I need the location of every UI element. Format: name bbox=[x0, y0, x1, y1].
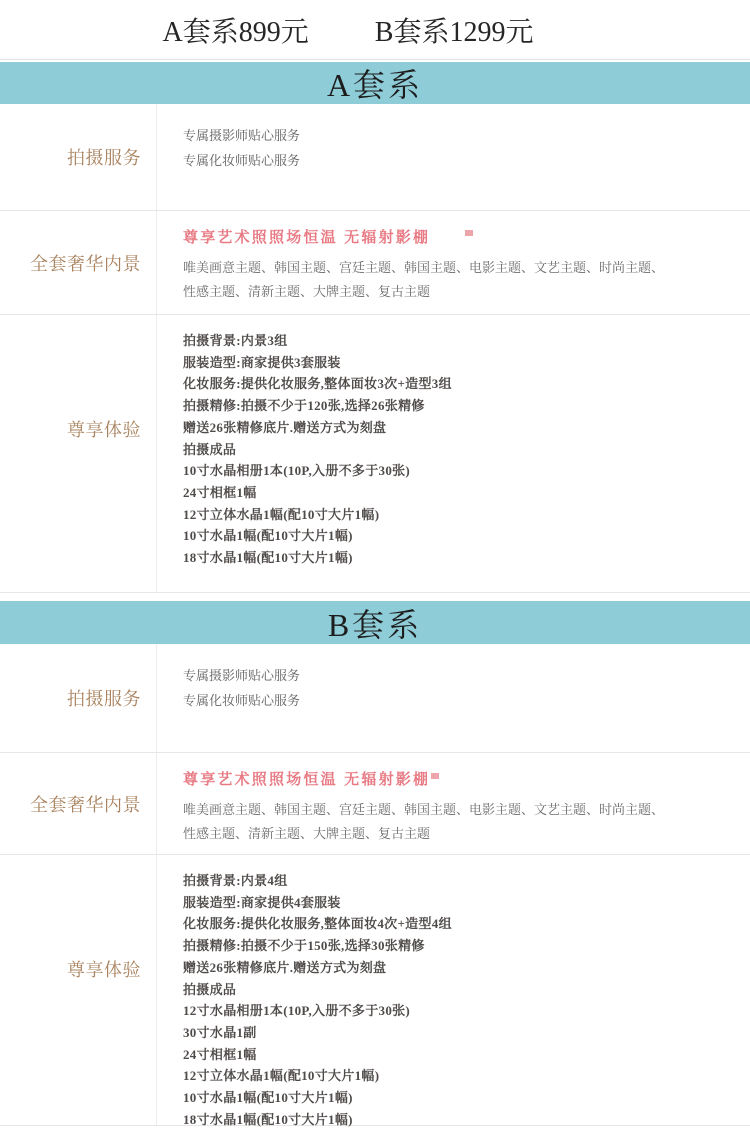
row-label-cell: 拍摄服务 bbox=[0, 104, 157, 210]
table-row-scenes: 全套奢华内景 尊享艺术照照场恒温 无辐射影棚 唯美画意主题、韩国主题、宫廷主题、… bbox=[0, 752, 750, 854]
detail-line: 拍摄精修:拍摄不少于150张,选择30张精修 bbox=[183, 935, 750, 957]
detail-line: 赠送26张精修底片.赠送方式为刻盘 bbox=[183, 957, 750, 979]
table-row-experience: 尊享体验 拍摄背景:内景4组 服装造型:商家提供4套服装 化妆服务:提供化妆服务… bbox=[0, 854, 750, 1125]
watermark-fragment bbox=[431, 773, 439, 779]
package-b-table: 拍摄服务 专属摄影师贴心服务 专属化妆师贴心服务 全套奢华内景 尊享艺术照照场恒… bbox=[0, 644, 750, 1126]
detail-line: 专属摄影师贴心服务 bbox=[183, 663, 750, 688]
detail-line: 12寸水晶相册1本(10P,入册不多于30张) bbox=[183, 1000, 750, 1022]
detail-line: 24寸相框1幅 bbox=[183, 1044, 750, 1066]
row-label-cell: 拍摄服务 bbox=[0, 644, 157, 752]
detail-line: 拍摄背景:内景4组 bbox=[183, 870, 750, 892]
row-label-cell: 尊享体验 bbox=[0, 315, 157, 592]
detail-line: 性感主题、清新主题、大牌主题、复古主题 bbox=[183, 280, 750, 304]
row-label: 尊享体验 bbox=[67, 956, 141, 982]
row-content: 尊享艺术照照场恒温 无辐射影棚 唯美画意主题、韩国主题、宫廷主题、韩国主题、电影… bbox=[157, 753, 750, 854]
row-label: 尊享体验 bbox=[67, 416, 141, 442]
detail-line: 化妆服务:提供化妆服务,整体面妆3次+造型3组 bbox=[183, 373, 750, 395]
detail-line: 赠送26张精修底片.赠送方式为刻盘 bbox=[183, 417, 750, 439]
watermark-fragment bbox=[465, 230, 473, 236]
detail-line: 24寸相框1幅 bbox=[183, 482, 750, 504]
row-content: 专属摄影师贴心服务 专属化妆师贴心服务 bbox=[157, 644, 750, 752]
row-label-cell: 全套奢华内景 bbox=[0, 211, 157, 314]
row-label-cell: 全套奢华内景 bbox=[0, 753, 157, 854]
detail-line: 12寸立体水晶1幅(配10寸大片1幅) bbox=[183, 504, 750, 526]
detail-line: 拍摄成品 bbox=[183, 979, 750, 1001]
detail-line: 专属摄影师贴心服务 bbox=[183, 123, 750, 148]
package-a-banner: A套系 bbox=[0, 62, 750, 104]
row-content: 拍摄背景:内景3组 服装造型:商家提供3套服装 化妆服务:提供化妆服务,整体面妆… bbox=[157, 315, 750, 592]
package-a-price: A套系899元 bbox=[163, 10, 309, 50]
row-label: 全套奢华内景 bbox=[30, 250, 141, 276]
row-label: 全套奢华内景 bbox=[30, 791, 141, 817]
detail-line: 30寸水晶1副 bbox=[183, 1022, 750, 1044]
detail-line: 18寸水晶1幅(配10寸大片1幅) bbox=[183, 547, 750, 569]
package-comparison-page: A套系899元 B套系1299元 A套系 拍摄服务 专属摄影师贴心服务 专属化妆… bbox=[0, 0, 750, 1134]
package-a-table: 拍摄服务 专属摄影师贴心服务 专属化妆师贴心服务 全套奢华内景 尊享艺术照照场恒… bbox=[0, 104, 750, 593]
price-header: A套系899元 B套系1299元 bbox=[0, 0, 750, 60]
row-content: 尊享艺术照照场恒温 无辐射影棚 唯美画意主题、韩国主题、宫廷主题、韩国主题、电影… bbox=[157, 211, 750, 314]
detail-line: 化妆服务:提供化妆服务,整体面妆4次+造型4组 bbox=[183, 913, 750, 935]
package-b-price: B套系1299元 bbox=[375, 10, 534, 50]
table-row-experience: 尊享体验 拍摄背景:内景3组 服装造型:商家提供3套服装 化妆服务:提供化妆服务… bbox=[0, 314, 750, 592]
detail-line: 拍摄精修:拍摄不少于120张,选择26张精修 bbox=[183, 395, 750, 417]
detail-line: 拍摄背景:内景3组 bbox=[183, 330, 750, 352]
detail-line: 18寸水晶1幅(配10寸大片1幅) bbox=[183, 1109, 750, 1131]
row-label: 拍摄服务 bbox=[67, 685, 141, 711]
row-content: 拍摄背景:内景4组 服装造型:商家提供4套服装 化妆服务:提供化妆服务,整体面妆… bbox=[157, 855, 750, 1125]
row-label: 拍摄服务 bbox=[67, 144, 141, 170]
detail-line: 10寸水晶1幅(配10寸大片1幅) bbox=[183, 525, 750, 547]
detail-line: 服装造型:商家提供4套服装 bbox=[183, 892, 750, 914]
table-row-scenes: 全套奢华内景 尊享艺术照照场恒温 无辐射影棚 唯美画意主题、韩国主题、宫廷主题、… bbox=[0, 210, 750, 314]
detail-line: 10寸水晶相册1本(10P,入册不多于30张) bbox=[183, 460, 750, 482]
detail-line: 10寸水晶1幅(配10寸大片1幅) bbox=[183, 1087, 750, 1109]
row-label-cell: 尊享体验 bbox=[0, 855, 157, 1125]
detail-line: 性感主题、清新主题、大牌主题、复古主题 bbox=[183, 822, 750, 846]
detail-line: 12寸立体水晶1幅(配10寸大片1幅) bbox=[183, 1065, 750, 1087]
detail-line: 专属化妆师贴心服务 bbox=[183, 688, 750, 713]
table-row-services: 拍摄服务 专属摄影师贴心服务 专属化妆师贴心服务 bbox=[0, 104, 750, 210]
detail-line: 专属化妆师贴心服务 bbox=[183, 148, 750, 173]
table-row-services: 拍摄服务 专属摄影师贴心服务 专属化妆师贴心服务 bbox=[0, 644, 750, 752]
detail-line: 服装造型:商家提供3套服装 bbox=[183, 352, 750, 374]
price-header-inner: A套系899元 B套系1299元 bbox=[163, 10, 534, 50]
package-b-banner: B套系 bbox=[0, 601, 750, 644]
row-content: 专属摄影师贴心服务 专属化妆师贴心服务 bbox=[157, 104, 750, 210]
detail-line: 拍摄成品 bbox=[183, 439, 750, 461]
